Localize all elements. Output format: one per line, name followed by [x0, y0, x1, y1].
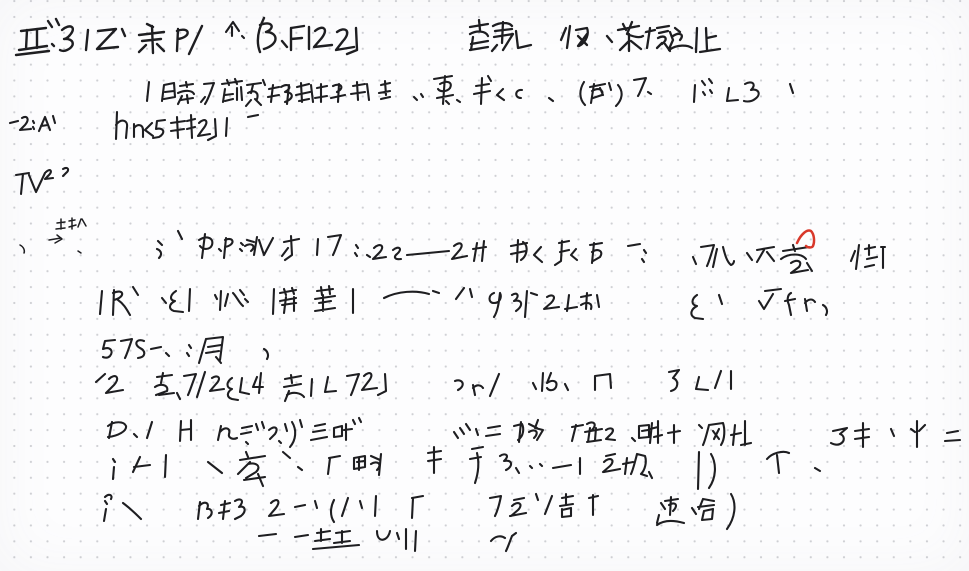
l5-comma-bu	[747, 247, 774, 262]
l2-baiding-le	[162, 82, 214, 104]
l1-bar-shang-char	[696, 28, 720, 52]
l1-lai-char	[139, 24, 164, 53]
l5-2-hash	[452, 241, 486, 261]
l2-two-dots	[414, 94, 423, 100]
l6-suan-liang-bars	[273, 286, 353, 314]
l12-dashes-underlined-pair-u-bars	[259, 529, 416, 551]
l2-qianye-tick	[222, 79, 265, 106]
l2-lt-c-circle	[497, 89, 553, 101]
l1-small-caret-dot	[226, 22, 244, 38]
l5-zhong-p-colon-v	[199, 234, 273, 258]
l11-r-yi-scribble	[198, 499, 245, 519]
l1-ji-char	[561, 26, 588, 48]
l1-tall-b-char	[258, 18, 287, 52]
l8-hook-z-slash-bar	[669, 370, 731, 391]
l9-ticks-two-bars	[454, 424, 500, 438]
l5-dash-colon	[628, 244, 646, 262]
l6-1r-tick	[100, 287, 138, 315]
l2-one-tick	[147, 82, 149, 101]
l2-one-double-colon	[694, 79, 712, 102]
l9-h-glyph	[180, 420, 191, 441]
l3-margin-mark	[10, 116, 55, 131]
l1-yu-char	[646, 26, 670, 51]
l9-hua-equals	[218, 426, 252, 444]
l5-hong-char	[781, 245, 812, 273]
l6-small-strokes	[215, 290, 248, 310]
black-ink-strokes	[10, 18, 960, 551]
l1-f12	[291, 26, 332, 50]
l8-72-bracket	[347, 373, 386, 395]
l2-jiegouchu-dense	[268, 81, 390, 104]
red-correction-tick	[797, 231, 814, 248]
l9-ticks-paren	[256, 420, 302, 447]
l9-loop-dot-slash	[108, 422, 152, 438]
l9-zi-mei-kou	[572, 422, 615, 442]
l4-tv-superscripts	[16, 168, 68, 194]
l5-colon-dot-2s	[355, 245, 449, 259]
note-paper	[0, 0, 969, 571]
l1-di-char	[492, 22, 513, 51]
l6-slash-9-jiu	[456, 288, 537, 317]
l11-tong-gao-paren	[657, 494, 734, 529]
l9-loop-ki-comma-strokes	[831, 421, 960, 447]
l1-2-bracket	[336, 28, 357, 54]
l11-2-dash-paren-1	[269, 496, 376, 522]
l6-comma-eps-bar	[162, 289, 190, 312]
l10-bao-char	[238, 452, 265, 486]
l10-bar-paren-curve-dot	[698, 452, 820, 489]
l6-2-shang-si	[544, 293, 599, 311]
l2-paren-you-7	[580, 78, 651, 106]
l1-comma-ben-char	[607, 22, 643, 51]
l6-eps-check-f-r	[691, 289, 827, 319]
l1-yun-char	[669, 28, 692, 50]
l7-575-yue	[103, 337, 268, 363]
handwriting-ink-layer	[0, 0, 969, 571]
l10-hook-dots-dash-1	[500, 454, 580, 474]
l8-zuo-7-2-eps-4	[155, 372, 263, 400]
l11-i-hook-diagonal	[104, 495, 141, 521]
l5-comma-7-er	[693, 245, 734, 267]
l9-san-shi-dots	[311, 418, 361, 440]
l8-comma-bar-4-box	[533, 373, 611, 391]
l6-long-dash	[384, 291, 439, 298]
l1-l-hook	[516, 31, 531, 48]
l10-tick-corner-box	[283, 452, 381, 475]
l10-i-slant-bar-comma	[113, 455, 222, 479]
l11-corner-mark	[412, 496, 423, 518]
l9-comma-pi-plus	[632, 421, 680, 443]
l3-h-n5-zhong-21	[116, 112, 258, 140]
l10-pu-zhi-comma	[603, 454, 652, 478]
l5-zhong-angle-xu	[511, 240, 602, 265]
l8-tick-2	[96, 374, 123, 393]
l11-7-pu-slash-hou	[490, 494, 598, 517]
l5-swirl-tick	[157, 231, 182, 258]
l8-loop-r-slash	[455, 374, 499, 396]
l8-shi-1-l	[284, 375, 336, 401]
l2-l3-apostrophe	[727, 82, 793, 101]
l1-cha-char	[470, 20, 488, 50]
l9-loop-hook	[514, 420, 543, 442]
l5-cai-17	[282, 235, 341, 260]
red-annotation-mark	[797, 231, 814, 248]
l12-curve-check-1	[491, 533, 516, 551]
l1-p-slash	[177, 26, 202, 54]
l9-dot-feng-tu	[699, 421, 751, 445]
l10-neq-stroke	[428, 447, 483, 483]
l1-heading-underlined-char	[16, 19, 59, 55]
l5-jie-char	[851, 245, 885, 269]
l1-312-tick	[60, 26, 125, 50]
l2-overbar-dense-cluster	[434, 76, 491, 104]
l5-tiny-notes-arrow	[20, 218, 86, 253]
